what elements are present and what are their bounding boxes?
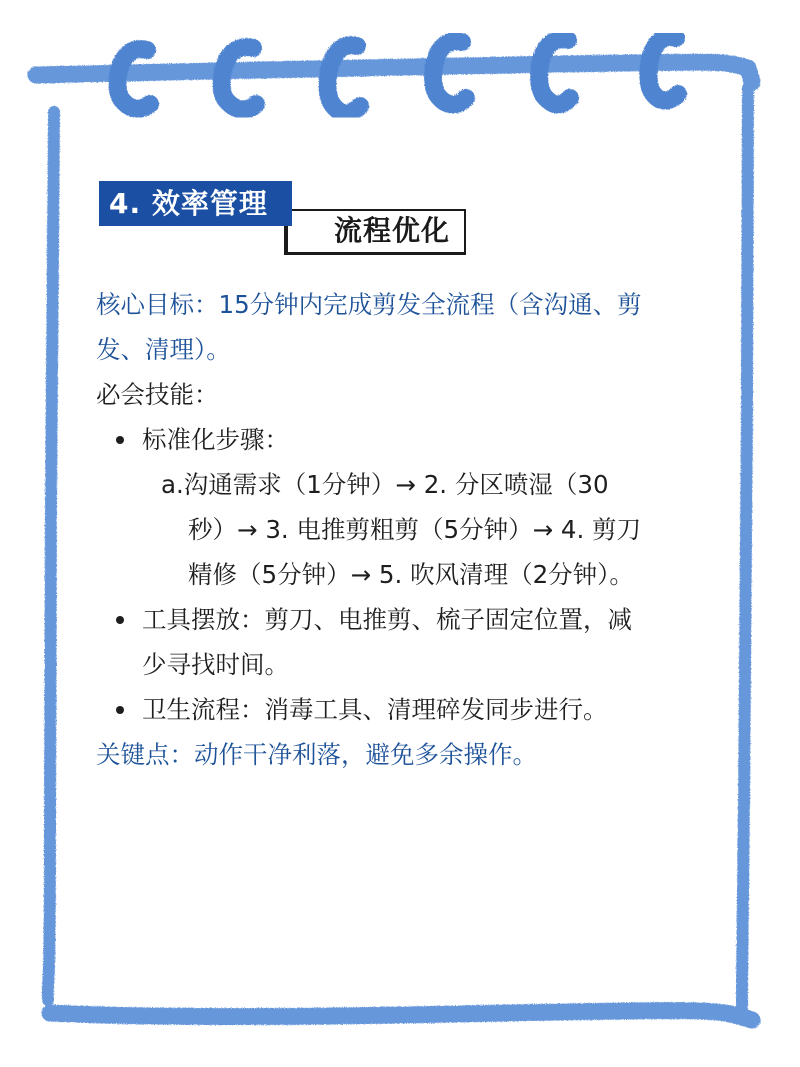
content-body: 核心目标：15分钟内完成剪发全流程（含沟通、剪 发、清理）。 必会技能： 标准化…	[96, 282, 716, 777]
binder-ring-icon	[222, 47, 256, 109]
binder-ring-icon	[328, 45, 360, 113]
bullet-line-2: 少寻找时间。	[142, 642, 716, 687]
bullet-dot-icon	[116, 436, 124, 444]
frame-right-edge	[742, 88, 748, 1010]
binder-ring-icon	[433, 41, 466, 104]
binder-ring-icon	[648, 37, 678, 100]
section-subtitle-box: 流程优化	[284, 209, 466, 255]
steps-line-1: a.沟通需求（1分钟）→ 2. 分区喷湿（30	[161, 462, 716, 507]
frame-left-edge	[48, 112, 54, 1000]
bullet-standard-steps: 标准化步骤：	[96, 417, 716, 462]
bullet-tool-placement: 工具摆放：剪刀、电推剪、梳子固定位置，减 少寻找时间。	[96, 597, 716, 687]
core-goal-line-2: 发、清理）。	[96, 327, 716, 372]
steps-list: a.沟通需求（1分钟）→ 2. 分区喷湿（30 秒）→ 3. 电推剪粗剪（5分钟…	[96, 462, 716, 597]
steps-line-2: 秒）→ 3. 电推剪粗剪（5分钟）→ 4. 剪刀	[161, 507, 716, 552]
bullet-dot-icon	[116, 706, 124, 714]
core-goal-line-1: 核心目标：15分钟内完成剪发全流程（含沟通、剪	[96, 282, 716, 327]
frame-bottom-edge	[50, 1011, 752, 1020]
bullet-line-1: 卫生流程：消毒工具、清理碎发同步进行。	[142, 687, 716, 732]
bullet-label: 标准化步骤：	[142, 417, 716, 462]
steps-line-3: 精修（5分钟）→ 5. 吹风清理（2分钟）。	[161, 552, 716, 597]
skills-heading: 必会技能：	[96, 372, 716, 417]
bullet-dot-icon	[116, 616, 124, 624]
section-title-badge: 4. 效率管理	[99, 181, 292, 226]
frame-top-edge	[36, 62, 752, 82]
key-point: 关键点：动作干净利落，避免多余操作。	[96, 732, 716, 777]
bullet-hygiene-process: 卫生流程：消毒工具、清理碎发同步进行。	[96, 687, 716, 732]
binder-ring-icon	[539, 39, 570, 104]
binder-ring-icon	[118, 49, 150, 109]
bullet-line-1: 工具摆放：剪刀、电推剪、梳子固定位置，减	[142, 597, 716, 642]
